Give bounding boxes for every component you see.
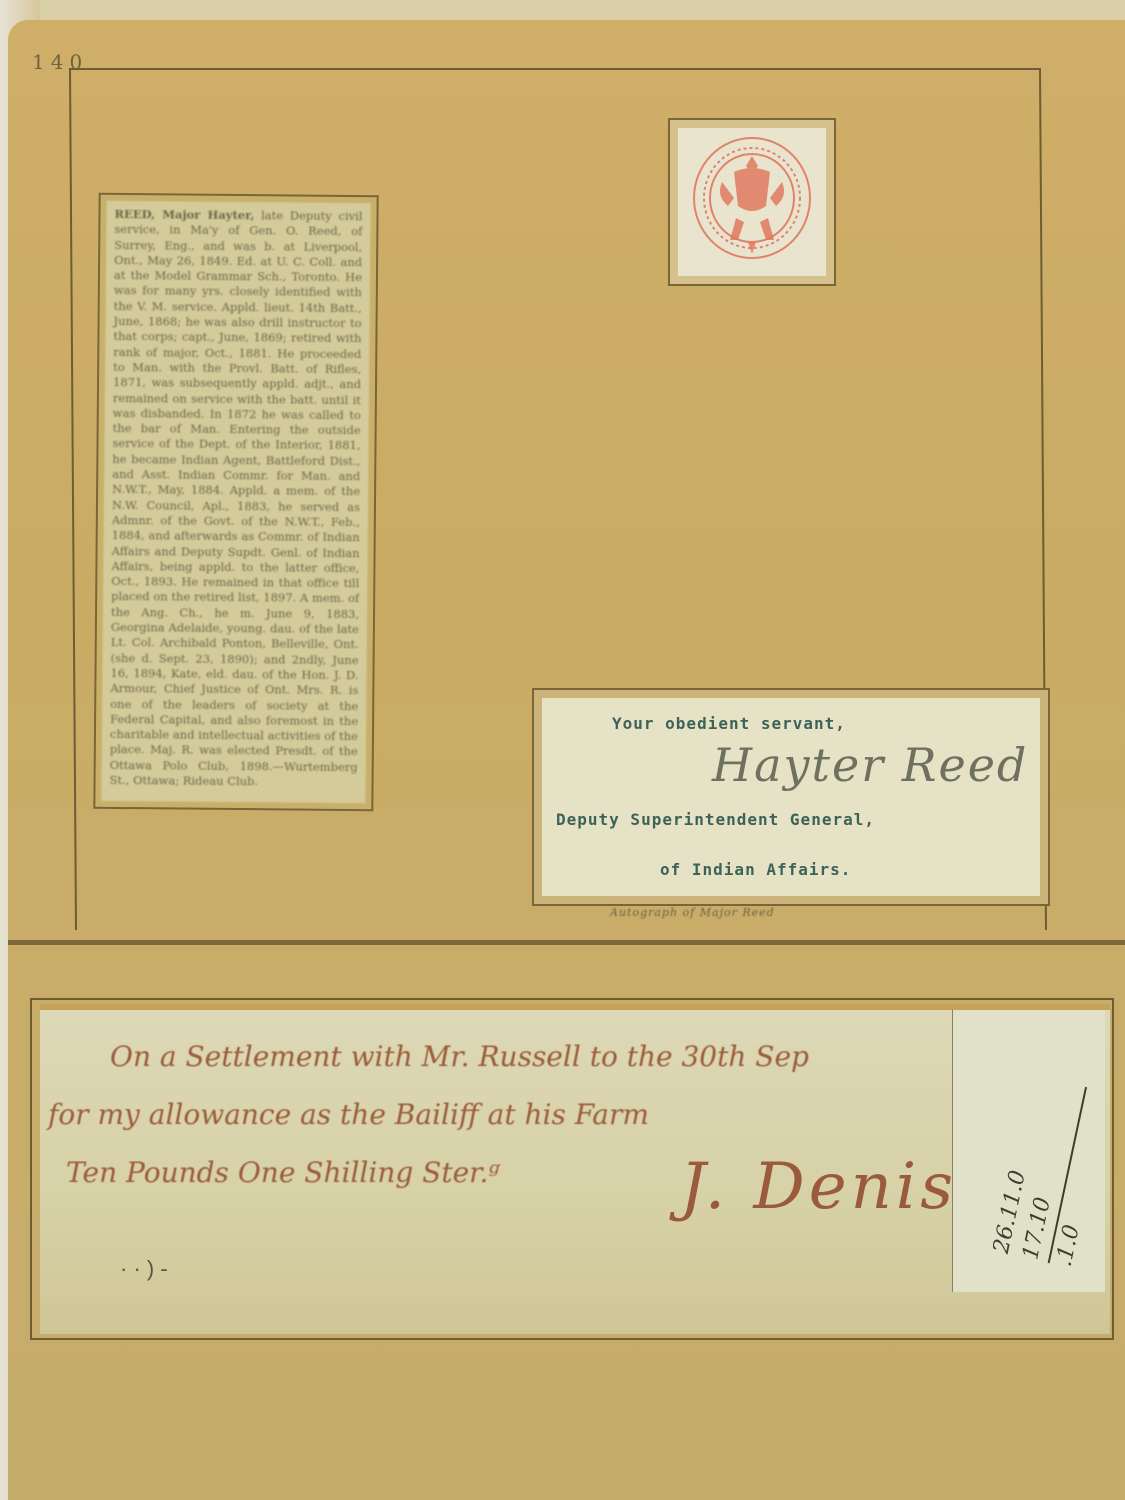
seal-paper [678,128,826,276]
amount-column: 26.11.0 17.10 .1.0 [987,1074,1116,1270]
department-line: of Indian Affairs. [660,860,851,879]
handwritten-receipt: On a Settlement with Mr. Russell to the … [40,1004,1110,1334]
clipping-body: late Deputy civil service, in Ma'y of Ge… [110,208,363,788]
seal-mount [668,118,836,286]
seal-icon [688,132,816,272]
closing-line: Your obedient servant, [612,714,846,733]
receipt-line-2: for my allowance as the Bailiff at his F… [48,1098,649,1131]
section-divider [8,940,1125,945]
receipt-line-3: Ten Pounds One Shilling Ster.ᵍ [66,1156,500,1189]
clipping-heading: REED, Major Hayter, [114,207,254,222]
pencil-caption: Autograph of Major Reed [610,906,775,919]
clipping-text-block: REED, Major Hayter, late Deputy civil se… [101,201,370,803]
signature-card: Your obedient servant, Hayter Reed Deput… [542,698,1040,896]
ink-marks: · · ) ‐ [120,1256,168,1282]
signature-card-mount: Your obedient servant, Hayter Reed Deput… [532,688,1050,906]
handwritten-signature: Hayter Reed [712,738,1028,792]
title-line: Deputy Superintendent General, [556,810,875,829]
newspaper-clipping: REED, Major Hayter, late Deputy civil se… [93,193,378,811]
receipt-line-1: On a Settlement with Mr. Russell to the … [110,1040,809,1073]
amount-tab: 26.11.0 17.10 .1.0 [952,1010,1105,1292]
